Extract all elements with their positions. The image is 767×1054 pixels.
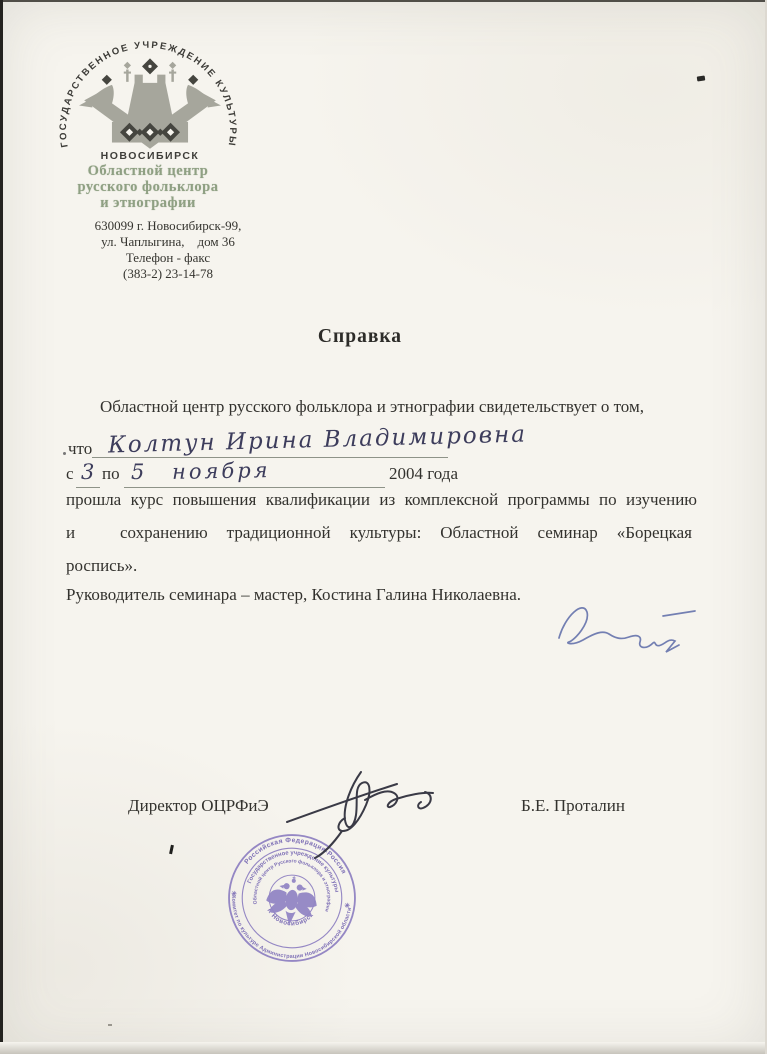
handwritten-month: ноября [172,458,271,484]
director-signature-icon [275,758,435,863]
address-line-1: 630099 г. Новосибирск-99, [68,218,268,234]
org-name-line-3: и этнографии [48,195,248,211]
leader-line: Руководитель семинара – мастер, Костина … [66,586,521,604]
handwritten-from-day: 3 [81,460,94,484]
scan-edge-top [0,0,767,2]
scan-edge-left [0,0,3,1054]
scan-edge-bottom [0,1042,767,1054]
handwritten-to-day: 5 [131,460,144,484]
handwritten-name: Колтун Ирина Владимировна [108,422,528,459]
ink-dot [63,452,66,455]
that-label: что [68,440,92,458]
director-name: Б.Е. Проталин [521,797,625,815]
seminar-signature-icon [545,592,705,658]
intro-line: Областной центр русского фольклора и этн… [66,398,706,416]
address-line-4: (383-2) 23-14-78 [68,266,268,282]
body-line-2-lead: и [66,524,75,542]
date-underline-to [124,486,385,488]
bottom-speckle [108,1024,112,1026]
body-line-3: роспись». [66,557,137,575]
org-name-line-2: русского фольклора [48,179,248,195]
body-line-2: сохранению традиционной культуры: Област… [120,524,692,542]
from-label: с [66,465,74,483]
letterhead-city-label: НОВОСИБИРСК [58,150,242,162]
to-label: по [102,465,120,483]
document-title: Справка [285,326,435,348]
org-name-line-1: Областной центр [48,163,248,179]
date-underline-from [76,486,100,488]
director-label: Директор ОЦРФиЭ [128,797,269,815]
body-line-1: прошла курс повышения квалификации из ко… [66,491,697,509]
address-line-3: Телефон - факс [68,250,268,266]
stamp-separator-left: ✳ [231,890,238,899]
ink-speck-top-right [697,75,706,81]
address-line-2: ул. Чаплыгина, дом 36 [68,234,268,250]
folk-bird-boat-emblem-icon [78,54,222,157]
scanned-certificate-page: ГОСУДАРСТВЕННОЕ УЧРЕЖДЕНИЕ КУЛЬТУРЫ [0,0,767,1054]
stamp-separator-right: ✳ [344,902,351,911]
pen-mark-left-of-stamp [169,845,174,854]
year-label: 2004 года [389,465,458,483]
